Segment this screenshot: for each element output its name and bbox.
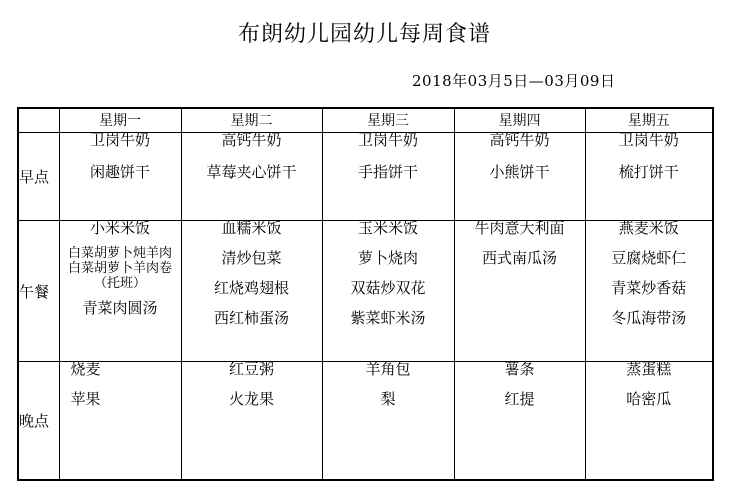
- cell-lunch-wednesday: 玉米米饭 萝卜烧肉 双菇炒双花 紫菜虾米汤: [322, 221, 454, 362]
- menu-item: 西式南瓜汤: [455, 251, 585, 266]
- cell-breakfast-tuesday: 高钙牛奶 草莓夹心饼干: [181, 133, 322, 221]
- cell-breakfast-friday: 卫岗牛奶 梳打饼干: [585, 133, 713, 221]
- menu-item: 烧麦: [71, 362, 181, 377]
- menu-item: 小熊饼干: [455, 165, 585, 180]
- menu-item: 双菇炒双花: [323, 281, 454, 296]
- menu-item: 冬瓜海带汤: [586, 311, 713, 326]
- corner-cell: [18, 108, 59, 133]
- menu-item: 卫岗牛奶: [60, 133, 181, 148]
- menu-item: 血糯米饭: [182, 221, 322, 236]
- menu-item: 蒸蛋糕: [586, 362, 713, 377]
- menu-item: 羊角包: [323, 362, 454, 377]
- cell-breakfast-thursday: 高钙牛奶 小熊饼干: [454, 133, 585, 221]
- header-row: 星期一 星期二 星期三 星期四 星期五: [18, 108, 713, 133]
- menu-item: 玉米米饭: [323, 221, 454, 236]
- menu-item: 萝卜烧肉: [323, 251, 454, 266]
- menu-item: 红提: [455, 392, 585, 407]
- menu-item: 红豆粥: [182, 362, 322, 377]
- cell-lunch-monday: 小米米饭 白菜胡萝卜炖羊肉 白菜胡萝卜羊肉卷 （托班） 青菜肉圆汤: [59, 221, 181, 362]
- menu-item: 红烧鸡翅根: [182, 281, 322, 296]
- header-cell-friday: 星期五: [585, 108, 713, 133]
- page-title: 布朗幼儿园幼儿每周食谱: [0, 23, 729, 47]
- menu-item: 梳打饼干: [586, 165, 713, 180]
- menu-item: 牛肉意大利面: [455, 221, 585, 236]
- menu-item: 青菜炒香菇: [586, 281, 713, 296]
- cell-dinner-monday: 烧麦 苹果: [59, 362, 181, 480]
- menu-table: 星期一 星期二 星期三 星期四 星期五 早点 卫岗牛奶 闲趣饼干 高钙牛奶 草莓…: [17, 107, 714, 481]
- menu-item: 薯条: [455, 362, 585, 377]
- menu-item: 紫菜虾米汤: [323, 311, 454, 326]
- cell-lunch-thursday: 牛肉意大利面 西式南瓜汤: [454, 221, 585, 362]
- cell-dinner-wednesday: 羊角包 梨: [322, 362, 454, 480]
- menu-item: 青菜肉圆汤: [60, 301, 181, 316]
- cell-lunch-friday: 燕麦米饭 豆腐烧虾仁 青菜炒香菇 冬瓜海带汤: [585, 221, 713, 362]
- menu-item: 闲趣饼干: [60, 165, 181, 180]
- cell-dinner-friday: 蒸蛋糕 哈密瓜: [585, 362, 713, 480]
- menu-item: 燕麦米饭: [586, 221, 713, 236]
- menu-item: 高钙牛奶: [182, 133, 322, 148]
- header-cell-tuesday: 星期二: [181, 108, 322, 133]
- menu-item: 清炒包菜: [182, 251, 322, 266]
- menu-item: （托班）: [60, 276, 181, 291]
- row-dinner: 晚点 烧麦 苹果 红豆粥 火龙果 羊角包 梨 薯条 红提 蒸蛋糕 哈密瓜: [18, 362, 713, 480]
- menu-item: 豆腐烧虾仁: [586, 251, 713, 266]
- menu-item: 苹果: [71, 392, 181, 407]
- row-label-breakfast: 早点: [18, 133, 59, 221]
- menu-item: 白菜胡萝卜炖羊肉: [60, 246, 181, 261]
- menu-item: 梨: [323, 392, 454, 407]
- header-cell-wednesday: 星期三: [322, 108, 454, 133]
- cell-breakfast-wednesday: 卫岗牛奶 手指饼干: [322, 133, 454, 221]
- row-label-lunch: 午餐: [18, 221, 59, 362]
- menu-item: 手指饼干: [323, 165, 454, 180]
- cell-dinner-tuesday: 红豆粥 火龙果: [181, 362, 322, 480]
- document-page: 布朗幼儿园幼儿每周食谱 2018年03月5日—03月09日 星期一 星期二 星期…: [0, 0, 729, 499]
- header-cell-monday: 星期一: [59, 108, 181, 133]
- header-cell-thursday: 星期四: [454, 108, 585, 133]
- menu-item: 卫岗牛奶: [323, 133, 454, 148]
- row-lunch: 午餐 小米米饭 白菜胡萝卜炖羊肉 白菜胡萝卜羊肉卷 （托班） 青菜肉圆汤 血糯米…: [18, 221, 713, 362]
- menu-item: 白菜胡萝卜羊肉卷: [60, 261, 181, 276]
- menu-item: 小米米饭: [60, 221, 181, 236]
- cell-dinner-thursday: 薯条 红提: [454, 362, 585, 480]
- cell-lunch-tuesday: 血糯米饭 清炒包菜 红烧鸡翅根 西红柿蛋汤: [181, 221, 322, 362]
- menu-item: 火龙果: [182, 392, 322, 407]
- row-label-dinner: 晚点: [18, 362, 59, 480]
- menu-item: 卫岗牛奶: [586, 133, 713, 148]
- date-range: 2018年03月5日—03月09日: [412, 72, 615, 90]
- cell-breakfast-monday: 卫岗牛奶 闲趣饼干: [59, 133, 181, 221]
- row-breakfast: 早点 卫岗牛奶 闲趣饼干 高钙牛奶 草莓夹心饼干 卫岗牛奶 手指饼干 高钙牛奶 …: [18, 133, 713, 221]
- menu-item: 西红柿蛋汤: [182, 311, 322, 326]
- menu-item: 哈密瓜: [586, 392, 713, 407]
- menu-item: 草莓夹心饼干: [182, 165, 322, 180]
- menu-item: 高钙牛奶: [455, 133, 585, 148]
